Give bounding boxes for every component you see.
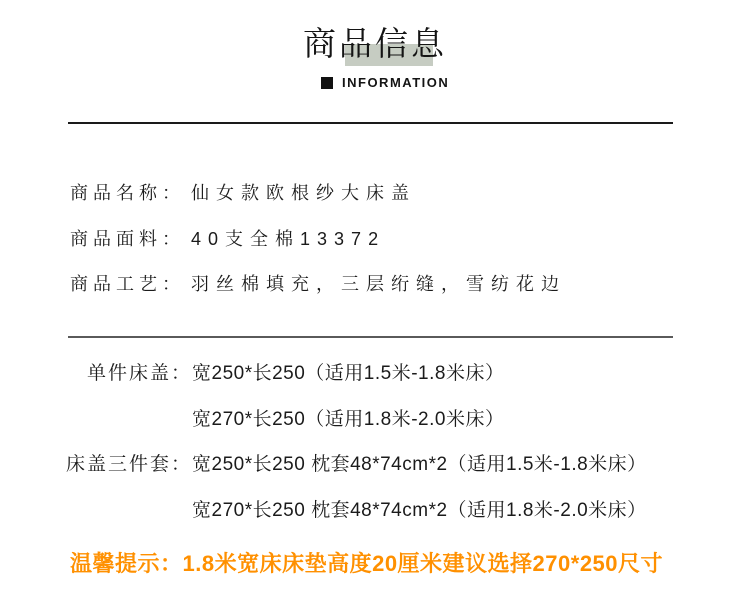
size-row-set: 床盖三件套： 宽250*长250 枕套48*74cm*2（适用1.5米-1.8米… bbox=[0, 452, 750, 478]
spec-value: 羽丝棉填充，三层绗缝，雪纺花边 bbox=[191, 272, 566, 296]
size-value: 宽250*长250（适用1.5米-1.8米床） bbox=[192, 361, 504, 387]
page-subtitle: INFORMATION bbox=[342, 75, 449, 90]
spec-label: 商品工艺： bbox=[70, 272, 185, 296]
spec-value: 40支全棉13372 bbox=[191, 227, 385, 251]
size-value: 宽270*长250 枕套48*74cm*2（适用1.8米-2.0米床） bbox=[192, 498, 647, 524]
warm-tip-text: 温馨提示：1.8米宽床床垫高度20厘米建议选择270*250尺寸 bbox=[70, 549, 663, 579]
spec-label: 商品面料： bbox=[70, 227, 185, 251]
spec-row-name: 商品名称： 仙女款欧根纱大床盖 bbox=[0, 181, 750, 205]
size-label: 床盖三件套： bbox=[66, 452, 192, 478]
size-value: 宽250*长250 枕套48*74cm*2（适用1.5米-1.8米床） bbox=[192, 452, 647, 478]
size-label: 单件床盖： bbox=[66, 361, 192, 387]
page-title: 商品信息 bbox=[0, 24, 750, 64]
size-row-single-alt: 宽270*长250（适用1.8米-2.0米床） bbox=[0, 407, 750, 433]
spec-label: 商品名称： bbox=[70, 181, 185, 205]
divider-bottom bbox=[68, 336, 673, 338]
size-row-set-alt: 宽270*长250 枕套48*74cm*2（适用1.8米-2.0米床） bbox=[0, 498, 750, 524]
size-row-single: 单件床盖： 宽250*长250（适用1.5米-1.8米床） bbox=[0, 361, 750, 387]
spec-row-fabric: 商品面料： 40支全棉13372 bbox=[0, 227, 750, 251]
product-info-page: 商品信息 INFORMATION 商品名称： 仙女款欧根纱大床盖 商品面料： 4… bbox=[0, 0, 750, 615]
square-bullet-icon bbox=[321, 77, 333, 89]
spec-value: 仙女款欧根纱大床盖 bbox=[191, 181, 416, 205]
size-value: 宽270*长250（适用1.8米-2.0米床） bbox=[192, 407, 504, 433]
divider-top bbox=[68, 122, 673, 124]
subheader: INFORMATION bbox=[321, 75, 449, 90]
spec-row-craft: 商品工艺： 羽丝棉填充，三层绗缝，雪纺花边 bbox=[0, 272, 750, 296]
